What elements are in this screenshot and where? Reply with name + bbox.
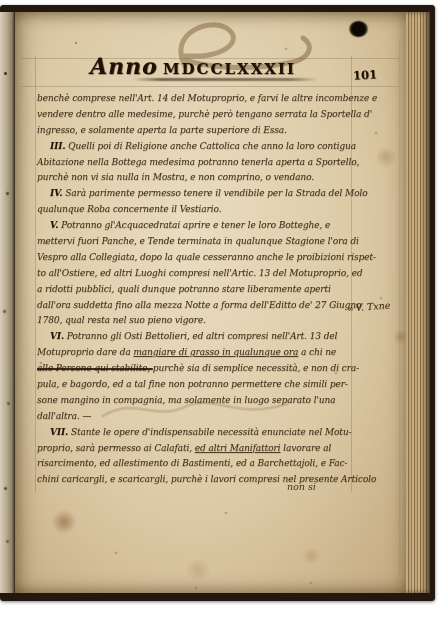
- foxing-stain: [393, 330, 406, 344]
- manuscript-page: Anno MDCCLXXXII 101 benchè comprese nell…: [15, 12, 406, 593]
- text-segment: mettervi fuori Panche, e Tende terminata…: [37, 237, 359, 247]
- manuscript-line: dall'altra. —: [37, 410, 355, 426]
- text-segment: pula, e bagordo, ed a tal fine non potra…: [37, 380, 348, 390]
- text-segment: purchè non vi sia nulla in Mostra, e non…: [37, 173, 314, 183]
- page-header: Anno MDCCLXXXII: [33, 54, 353, 80]
- manuscript-line: a ridotti pubblici, quali dunque potrann…: [37, 283, 355, 299]
- paragraph: IV. Sarà parimente permesso tenere il ve…: [37, 187, 355, 219]
- paragraph: VI. Potranno gli Osti Bettolieri, ed alt…: [37, 330, 355, 425]
- text-segment: Vespro alla Collegiata, dopo la quale ce…: [37, 253, 376, 263]
- manuscript-line: sone mangino in compagnia, ma solamente …: [37, 394, 355, 410]
- manuscript-line: vendere dentro alle medesime, purchè per…: [37, 108, 355, 124]
- text-segment: dall'altra. —: [37, 412, 91, 422]
- margin-note-prefix: ∞: [347, 304, 353, 313]
- manuscript-line: Vespro alla Collegiata, dopo la quale ce…: [37, 251, 355, 267]
- header-anno: Anno: [90, 54, 158, 80]
- manuscript-line: qualunque Roba concernente il Vestiario.: [37, 203, 355, 219]
- text-segment: 1780, qual resta nel suo pieno vigore.: [37, 316, 206, 326]
- paper-specks: [75, 42, 77, 44]
- text-segment: lavorare al: [280, 444, 331, 454]
- text-segment: Quelli poi di Religione anche Cattolica …: [65, 142, 356, 152]
- foxing-stain: [51, 510, 77, 534]
- text-segment: to all'Ostiere, ed altri Luoghi compresi…: [37, 269, 363, 279]
- manuscript-line: mettervi fuori Panche, e Tende terminata…: [37, 235, 355, 251]
- text-segment: Motuproprio dare da: [37, 348, 133, 358]
- text-segment: ingresso, e solamente aperta la parte su…: [37, 126, 287, 136]
- text-segment: Sarà parimente permesso tenere il vendib…: [62, 189, 367, 199]
- ink-blot: [349, 21, 368, 37]
- manuscript-line: alle Persone qui stabilite, purchè sia d…: [37, 362, 355, 378]
- text-segment: benchè comprese nell'Art. 14 del Motupro…: [37, 94, 377, 104]
- manuscript-line: IV. Sarà parimente permesso tenere il ve…: [37, 187, 355, 203]
- manuscript-line: ingresso, e solamente aperta la parte su…: [37, 124, 355, 140]
- text-segment: ed altri Manifattori: [195, 444, 281, 454]
- text-segment: chini caricargli, e scaricargli, purchè …: [37, 475, 376, 485]
- manuscript-line: dall'ora suddetta fino alla mezza Notte …: [37, 299, 355, 315]
- page-fore-edge: [406, 12, 435, 593]
- binding-gutter: [0, 12, 15, 593]
- text-block: benchè comprese nell'Art. 14 del Motupro…: [37, 92, 355, 489]
- margin-rule-header-bottom: [21, 86, 399, 87]
- header-year-roman: MDCCLXXXII: [163, 60, 296, 78]
- paragraph: V. Potranno gl'Acquacedratai aprire e te…: [37, 219, 355, 330]
- manuscript-line: V. Potranno gl'Acquacedratai aprire e te…: [37, 219, 355, 235]
- text-segment: proprio, sarà permesso ai Calafati,: [37, 444, 195, 454]
- text-segment: VI.: [50, 332, 64, 342]
- foxing-stain: [377, 144, 395, 170]
- text-segment: alle Persone qui stabilite,: [37, 364, 153, 374]
- text-segment: Abitazione nella Bottega medesima potran…: [37, 158, 359, 168]
- catchword: non si: [287, 482, 316, 493]
- manuscript-line: risarcimento, ed allestimento di Bastime…: [37, 457, 355, 473]
- manuscript-line: purchè non vi sia nulla in Mostra, e non…: [37, 171, 355, 187]
- text-segment: risarcimento, ed allestimento di Bastime…: [37, 459, 347, 469]
- paragraph: III. Quelli poi di Religione anche Catto…: [37, 140, 355, 188]
- page-number: 101: [353, 67, 378, 82]
- text-segment: Potranno gli Osti Bettolieri, ed altri c…: [64, 332, 337, 342]
- book-volume: Anno MDCCLXXXII 101 benchè comprese nell…: [0, 5, 435, 601]
- margin-rule-outer: [399, 40, 400, 575]
- gutter-specks: [4, 72, 7, 75]
- text-segment: purchè sia di semplice necessità, e non …: [153, 364, 359, 374]
- foxing-stain: [301, 548, 321, 564]
- text-segment: sone mangino in compagnia, ma solamente …: [37, 396, 335, 406]
- text-segment: VII.: [50, 428, 68, 438]
- manuscript-line: proprio, sarà permesso ai Calafati, ed a…: [37, 442, 355, 458]
- text-segment: a chi ne: [298, 348, 336, 358]
- text-segment: Potranno gl'Acquacedratai aprire e tener…: [58, 221, 330, 231]
- manuscript-line: to all'Ostiere, ed altri Luoghi compresi…: [37, 267, 355, 283]
- text-segment: Stante le opere d'indispensabile necessi…: [68, 428, 351, 438]
- text-segment: qualunque Roba concernente il Vestiario.: [37, 205, 221, 215]
- margin-note-text: V. Txne: [355, 301, 390, 314]
- foxing-stain: [183, 560, 213, 580]
- paragraph: VII. Stante le opere d'indispensabile ne…: [37, 426, 355, 490]
- manuscript-line: Abitazione nella Bottega medesima potran…: [37, 156, 355, 172]
- manuscript-line: III. Quelli poi di Religione anche Catto…: [37, 140, 355, 156]
- text-segment: mangiare di grasso in qualunque ora: [133, 348, 298, 358]
- manuscript-line: 1780, qual resta nel suo pieno vigore.: [37, 314, 355, 330]
- manuscript-line: VI. Potranno gli Osti Bettolieri, ed alt…: [37, 330, 355, 346]
- text-segment: vendere dentro alle medesime, purchè per…: [37, 110, 372, 120]
- text-segment: III.: [50, 142, 65, 152]
- margin-note: ∞ V. Txne: [347, 301, 391, 315]
- manuscript-line: Motuproprio dare da mangiare di grasso i…: [37, 346, 355, 362]
- text-segment: a ridotti pubblici, quali dunque potrann…: [37, 285, 331, 295]
- text-segment: IV.: [50, 189, 62, 199]
- text-segment: dall'ora suddetta fino alla mezza Notte …: [37, 301, 361, 311]
- manuscript-line: VII. Stante le opere d'indispensabile ne…: [37, 426, 355, 442]
- margin-rule-left: [35, 56, 36, 492]
- manuscript-line: benchè comprese nell'Art. 14 del Motupro…: [37, 92, 355, 108]
- paragraph: benchè comprese nell'Art. 14 del Motupro…: [37, 92, 355, 140]
- scanned-manuscript: Anno MDCCLXXXII 101 benchè comprese nell…: [0, 0, 438, 620]
- manuscript-line: pula, e bagordo, ed a tal fine non potra…: [37, 378, 355, 394]
